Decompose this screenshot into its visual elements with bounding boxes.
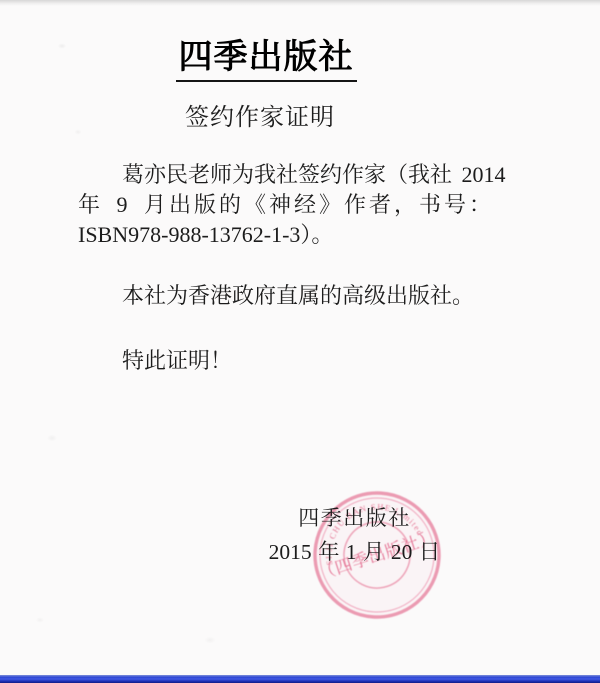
- paragraph-hereby-certify: 特此证明！: [78, 346, 514, 376]
- signature-block: 四季出版社 2015 年 1 月 20 日: [252, 503, 457, 567]
- publisher-title: 四季出版社: [176, 38, 357, 82]
- scanned-certificate-page: 四季出版社 签约作家证明 葛亦民老师为我社签约作家（我社 2014 年 9 月出…: [0, 0, 600, 683]
- paragraph-publisher-status: 本社为香港政府直属的高级出版社。: [78, 281, 514, 311]
- document-header: 四季出版社: [0, 38, 600, 82]
- paragraph-line: 葛亦民老师为我社签约作家（我社 2014: [78, 160, 514, 190]
- signature-org: 四季出版社: [252, 503, 457, 533]
- window-top-edge: [0, 0, 600, 6]
- paragraph-author-statement: 葛亦民老师为我社签约作家（我社 2014 年 9 月出版的《神经》作者，书号： …: [78, 160, 514, 250]
- paragraph-line: 年 9 月出版的《神经》作者，书号：: [78, 190, 514, 220]
- window-bottom-bar: [0, 675, 600, 683]
- paragraph-line-isbn: ISBN978-988-13762-1-3）。: [78, 220, 514, 250]
- certificate-subtitle-row: 签约作家证明: [0, 103, 600, 133]
- certificate-subtitle: 签约作家证明: [185, 103, 335, 133]
- signature-date: 2015 年 1 月 20 日: [252, 537, 457, 567]
